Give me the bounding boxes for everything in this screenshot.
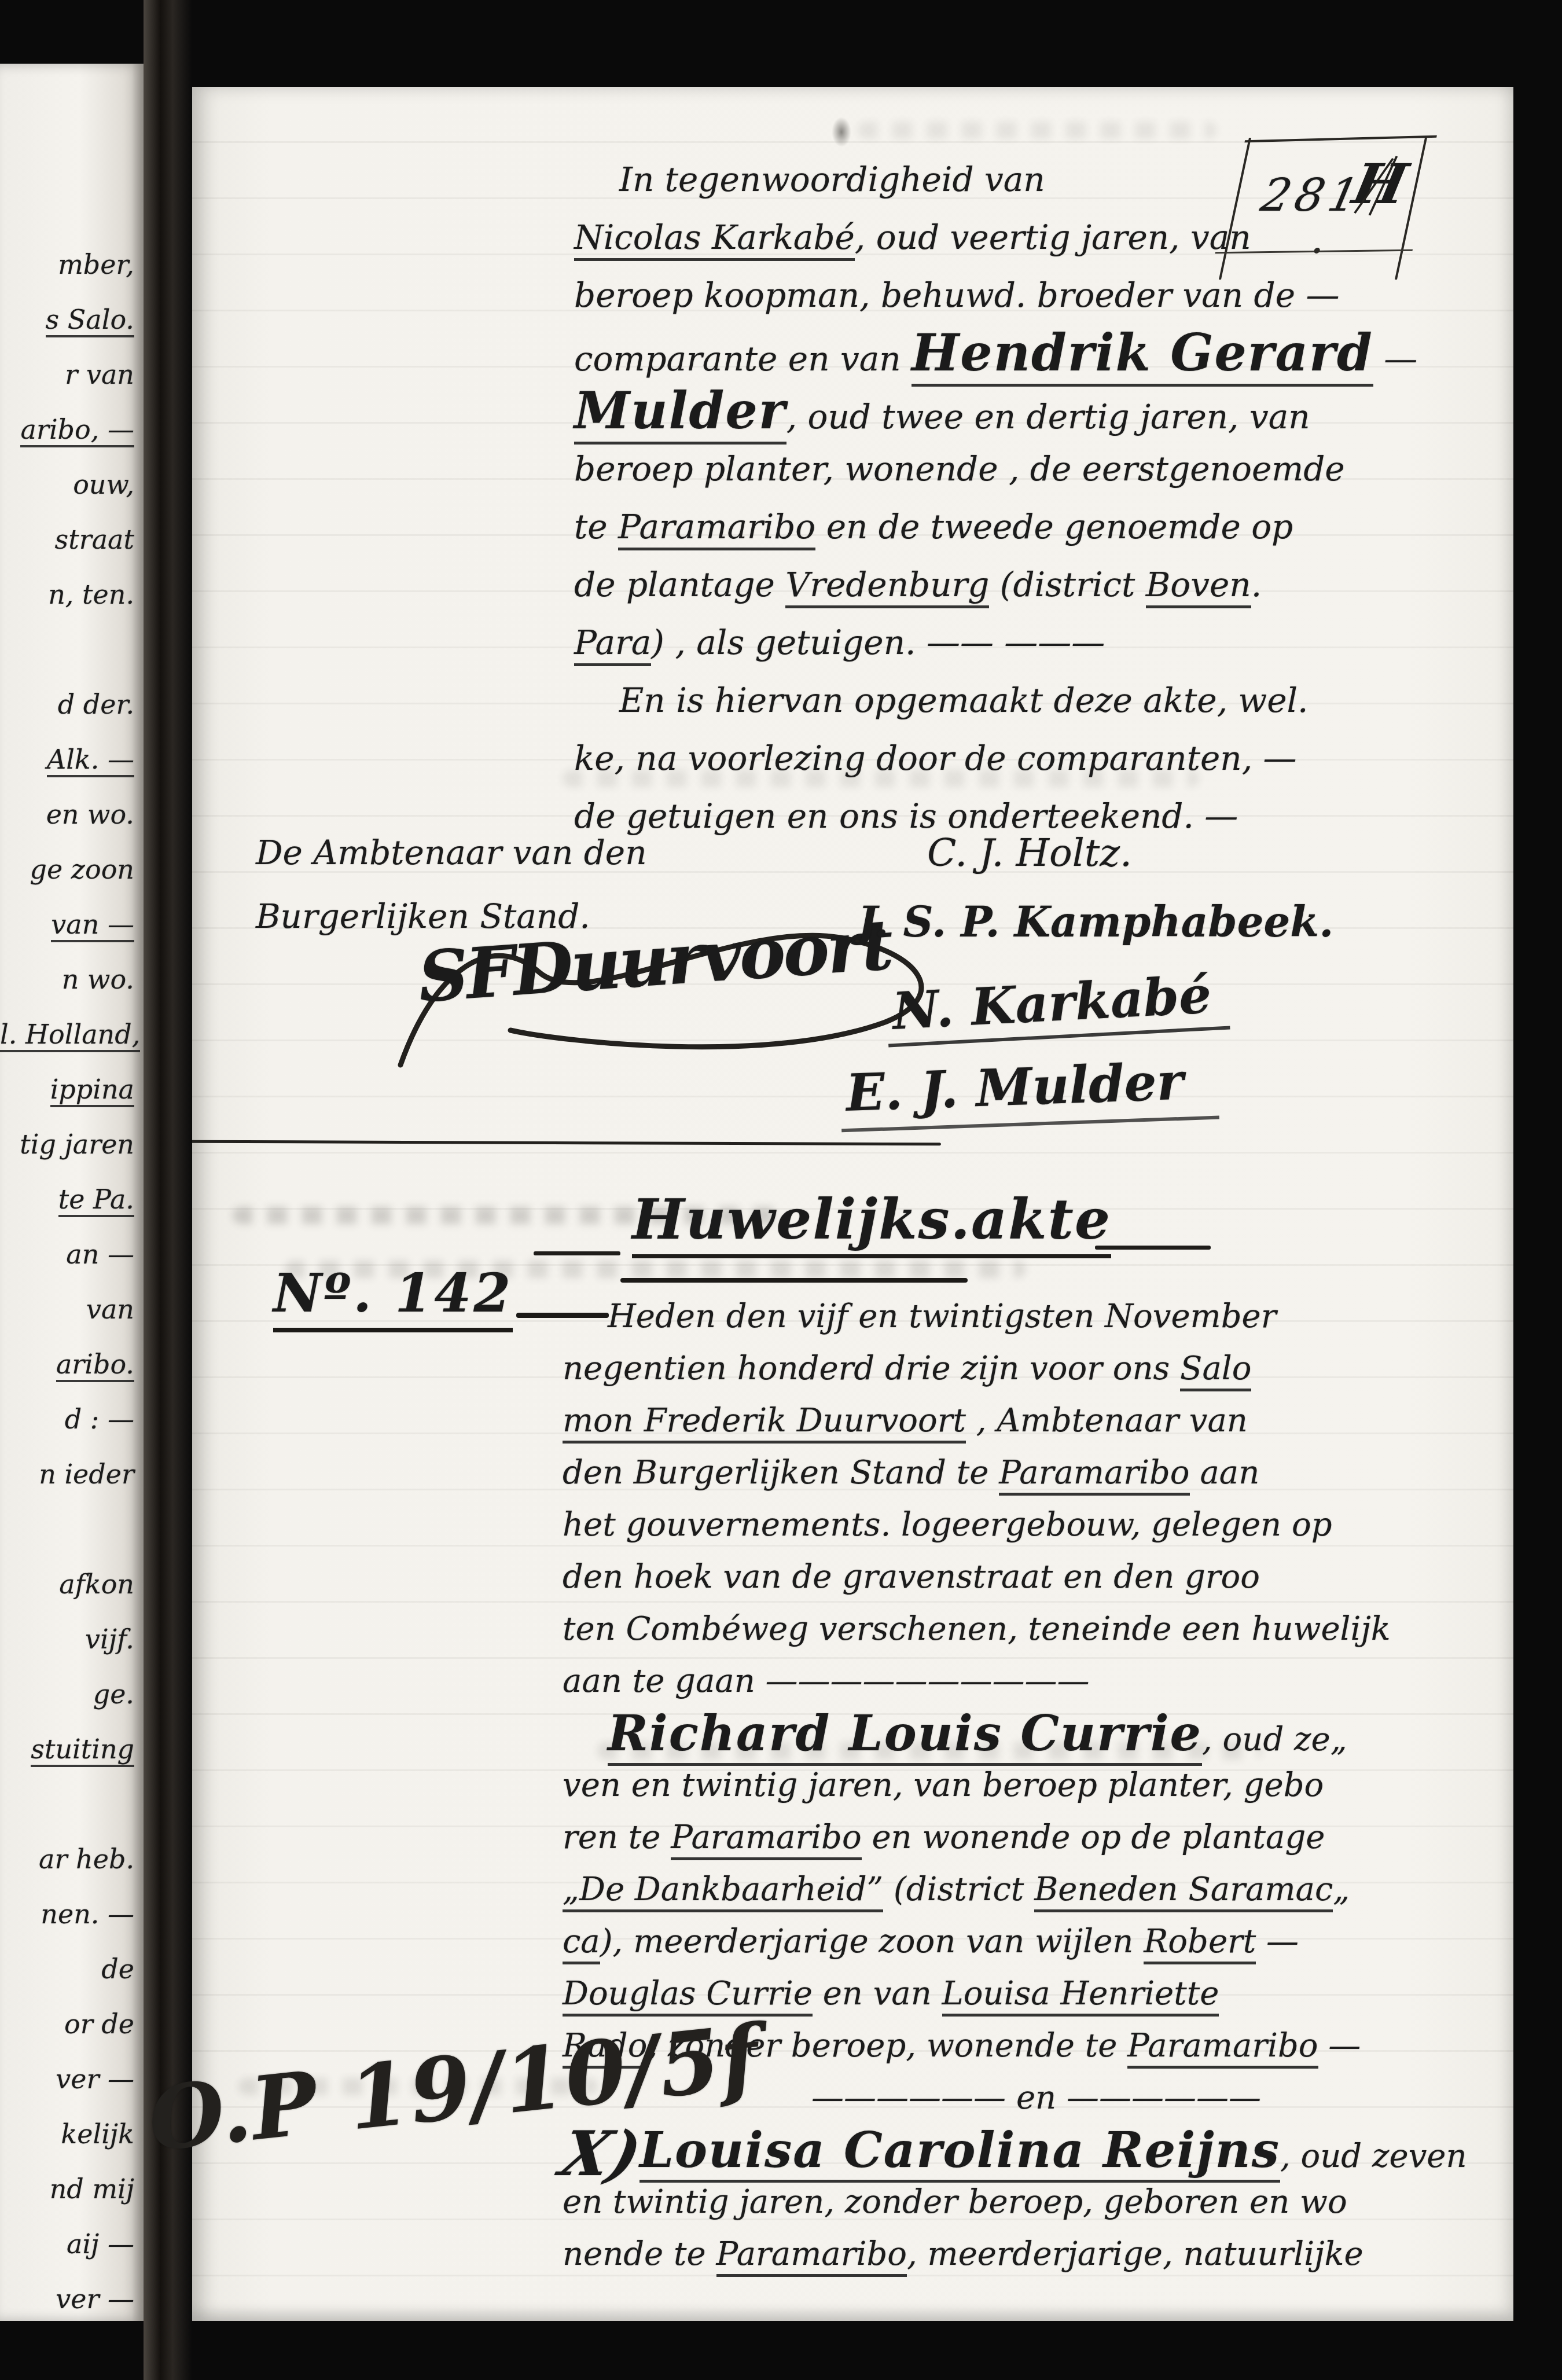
previous-page-fragment: or de: [0, 1997, 144, 2052]
previous-page-fragment: ge zoon: [0, 842, 144, 897]
signature-column: C. J. Holtz.J. S. P. Kamphabeek.N. Karka…: [817, 825, 1512, 1195]
previous-page-fragment: ar heb.: [0, 1832, 144, 1887]
fragment-text: aribo.: [56, 1349, 134, 1382]
handwritten-text: „: [1333, 1871, 1350, 1908]
handwritten-text: Louisa Carolina Reijns: [639, 2121, 1280, 2183]
handwritten-line: Para) , als getuigen. —— ———: [574, 614, 1508, 671]
handwritten-text: X): [556, 2128, 646, 2180]
handwritten-text: Nicolas Karkabé: [574, 218, 855, 261]
handwritten-line: Heden den vijf en twintigsten November: [563, 1291, 1510, 1343]
act-closing-text: In tegenwoordigheid vanNicolas Karkabé, …: [574, 150, 1508, 845]
fragment-text: n ieder: [39, 1459, 134, 1490]
previous-page-fragment: de: [0, 1942, 144, 1997]
handwritten-line: X) Louisa Carolina Reijns, oud zeven: [563, 2124, 1510, 2176]
handwritten-line: ca), meerderjarige zoon van wijlen Rober…: [563, 1916, 1510, 1968]
handwritten-text: .: [1251, 565, 1262, 604]
fragment-text: te Pa.: [58, 1184, 134, 1217]
handwritten-text: „De Dankbaarheid”: [563, 1871, 883, 1912]
handwritten-text: —: [1256, 1923, 1299, 1960]
heading-dash: [1095, 1246, 1211, 1250]
handwritten-text: Douglas Currie: [563, 1975, 813, 2017]
handwritten-line: den Burgerlijken Stand te Paramaribo aan: [563, 1447, 1510, 1499]
handwritten-line: te Paramaribo en de tweede genoemde op: [574, 498, 1508, 556]
handwritten-text: ven en twintig jaren, van beroep planter…: [563, 1766, 1324, 1804]
handwritten-text: , meerderjarige, natuurlijke: [907, 2235, 1363, 2273]
handwritten-text: —: [1318, 2027, 1361, 2065]
handwritten-line: „De Dankbaarheid” (district Beneden Sara…: [563, 1864, 1510, 1916]
fragment-text: de: [101, 1953, 134, 1985]
handwritten-text: nende te: [563, 2235, 716, 2273]
handwritten-text: te: [574, 507, 618, 546]
previous-page-fragment: afkon: [0, 1557, 144, 1612]
previous-page-fragment: aij —: [0, 2217, 144, 2272]
handwritten-line: en twintig jaren, zonder beroep, geboren…: [563, 2176, 1510, 2228]
previous-page-fragment: s Salo.: [0, 292, 144, 347]
handwritten-text: , Ambtenaar van: [966, 1402, 1248, 1439]
handwritten-line: Mulder, oud twee en dertig jaren, van: [574, 382, 1508, 440]
handwritten-text: Richard Louis Currie: [608, 1705, 1202, 1766]
previous-page-edge: mber,s Salo.r vanaribo, —ouw,straatn, te…: [0, 64, 144, 2321]
handwritten-text: Salo: [1180, 1350, 1251, 1391]
previous-page-fragment: ge.: [0, 1667, 144, 1722]
handwritten-line: het gouvernements. logeergebouw, gelegen…: [563, 1499, 1510, 1551]
fragment-text: n, ten.: [48, 579, 134, 610]
fragment-text: mber,: [58, 249, 134, 280]
fragment-text: aribo, —: [20, 414, 134, 447]
signature: E. J. Mulder: [839, 1050, 1219, 1133]
previous-page-fragment: te Pa.: [0, 1172, 144, 1227]
fragment-text: ouw,: [73, 469, 134, 500]
handwritten-text: den Burgerlijken Stand te: [563, 1454, 999, 1492]
fragment-text: ge zoon: [30, 854, 134, 885]
handwritten-text: het gouvernements. logeergebouw, gelegen…: [563, 1506, 1332, 1544]
previous-page-fragment: Alk. —: [0, 732, 144, 787]
previous-page-fragment: [0, 1502, 144, 1557]
handwritten-text: en van: [813, 1975, 942, 2012]
handwritten-text: ) , als getuigen. —— ———: [651, 623, 1105, 662]
previous-page-fragment: n, ten.: [0, 567, 144, 622]
heading-underline: [620, 1278, 968, 1283]
fragment-text: ver —: [56, 2283, 134, 2315]
handwritten-text: Beneden Saramac: [1034, 1871, 1333, 1912]
handwritten-text: en de tweede genoemde op: [815, 507, 1293, 546]
fragment-text: r van: [65, 359, 134, 390]
handwritten-line: de plantage Vredenburg (district Boven.: [574, 556, 1508, 614]
handwritten-text: —————— en ——————: [811, 2079, 1261, 2117]
handwritten-text: Paramaribo: [999, 1454, 1189, 1496]
previous-page-fragment: straat: [0, 512, 144, 567]
handwritten-line: ren te Paramaribo en wonende op de plant…: [563, 1812, 1510, 1864]
fragment-text: van —: [51, 909, 134, 942]
handwritten-text: , oud ze„: [1202, 1721, 1347, 1758]
handwritten-line: mon Frederik Duurvoort , Ambtenaar van: [563, 1395, 1510, 1447]
previous-page-fragment: van: [0, 1282, 144, 1337]
handwritten-line: beroep koopman, behuwd. broeder van de —: [574, 266, 1508, 324]
fragment-text: Alk. —: [47, 744, 134, 777]
handwritten-text: Paramaribo: [1127, 2027, 1318, 2069]
signature: J. S. P. Kamphabeek.: [858, 897, 1333, 946]
marriage-act-text: Heden den vijf en twintigsten Novemberne…: [563, 1291, 1510, 2280]
previous-page-fragment: stuiting: [0, 1722, 144, 1777]
previous-page-fragment: d : —: [0, 1392, 144, 1447]
previous-page-fragment: ver —: [0, 2272, 144, 2321]
handwritten-text: den hoek van de gravenstraat en den groo: [563, 1558, 1260, 1596]
fragment-text: van: [86, 1294, 134, 1325]
fragment-text: ver —: [56, 2063, 134, 2095]
handwritten-text: Robert: [1144, 1923, 1256, 1964]
handwritten-line: den hoek van de gravenstraat en den groo: [563, 1551, 1510, 1603]
fragment-text: kelijk: [61, 2118, 134, 2150]
fragment-text: stuiting: [31, 1733, 134, 1767]
fragment-text: nen. —: [41, 1898, 134, 1930]
previous-page-fragment: vijf.: [0, 1612, 144, 1667]
previous-page-fragment: ippina: [0, 1062, 144, 1117]
handwritten-text: ), meerderjarige zoon van wijlen: [600, 1923, 1144, 1960]
handwritten-text: Hendrik Gerard: [912, 323, 1373, 387]
register-page: 281 H In tegenwoordigheid vanNicolas Kar…: [192, 87, 1513, 2321]
fragment-text: afkon: [59, 1569, 134, 1600]
handwritten-text: —: [1373, 339, 1417, 379]
fragment-text: ge.: [93, 1679, 134, 1710]
handwritten-text: En is hiervan opgemaakt deze akte, wel.: [619, 681, 1308, 720]
handwritten-text: aan: [1190, 1454, 1260, 1492]
handwritten-line: aan te gaan ——————————: [563, 1655, 1510, 1707]
officiant-line: De Ambtenaar van den: [256, 821, 892, 884]
handwritten-text: negentien honderd drie zijn voor ons: [563, 1350, 1180, 1387]
handwritten-text: In tegenwoordigheid van: [619, 160, 1045, 199]
fragment-text: ippina: [50, 1074, 134, 1107]
handwritten-text: ca: [563, 1923, 600, 1964]
handwritten-text: (district: [883, 1871, 1034, 1908]
previous-page-fragment: [0, 622, 144, 677]
ink-smudge: [832, 117, 851, 147]
handwritten-line: ven en twintig jaren, van beroep planter…: [563, 1760, 1510, 1812]
previous-page-fragment: an —: [0, 1227, 144, 1282]
handwritten-text: aan te gaan ——————————: [563, 1662, 1090, 1700]
handwritten-text: Heden den vijf en twintigsten November: [608, 1298, 1276, 1335]
handwritten-line: negentien honderd drie zijn voor ons Sal…: [563, 1343, 1510, 1395]
handwritten-text: Louisa Henriette: [942, 1975, 1219, 2017]
fragment-text: nd mij: [50, 2173, 134, 2205]
previous-page-fragment: en wo.: [0, 787, 144, 842]
fragment-text: or de: [64, 2008, 134, 2040]
handwritten-text: Boven: [1146, 565, 1251, 608]
previous-page-fragment: d der.: [0, 677, 144, 732]
handwritten-line: Richard Louis Currie, oud ze„: [563, 1707, 1510, 1760]
previous-page-fragment: ouw,: [0, 457, 144, 512]
bleed-through-text: [858, 122, 1216, 139]
previous-page-fragment: van —: [0, 897, 144, 952]
fragment-text: en wo.: [46, 799, 134, 830]
handwritten-text: comparante en van: [574, 339, 912, 379]
previous-page-fragment: r van: [0, 347, 144, 402]
fragment-text: ar heb.: [39, 1843, 134, 1875]
handwritten-text: Paramaribo: [716, 2235, 907, 2277]
fragment-text: vijf.: [85, 1624, 134, 1655]
handwritten-text: (district: [989, 565, 1145, 604]
previous-page-fragment: aribo.: [0, 1337, 144, 1392]
handwritten-line: En is hiervan opgemaakt deze akte, wel.: [574, 671, 1508, 729]
fragment-text: d der.: [58, 689, 134, 720]
document-scan: mber,s Salo.r vanaribo, —ouw,straatn, te…: [0, 0, 1562, 2380]
previous-page-fragment: n ieder: [0, 1447, 144, 1502]
previous-page-fragment: aribo, —: [0, 402, 144, 457]
handwritten-line: ten Combéweg verschenen, teneinde een hu…: [563, 1603, 1510, 1655]
handwritten-text: mon Frederik Duurvoort: [563, 1402, 966, 1444]
previous-page-fragment: n wo.: [0, 952, 144, 1007]
page-gutter: [144, 0, 192, 2380]
previous-page-fragment: mber,: [0, 237, 144, 292]
handwritten-line: ke, na voorlezing door de comparanten, —: [574, 729, 1508, 787]
previous-page-text-fragments: mber,s Salo.r vanaribo, —ouw,straatn, te…: [0, 237, 144, 2321]
handwritten-text: Vredenburg: [785, 565, 989, 608]
handwritten-text: , oud veertig jaren, van: [855, 218, 1251, 257]
fragment-text: aij —: [67, 2228, 134, 2260]
handwritten-text: , oud twee en dertig jaren, van: [786, 397, 1310, 436]
fragment-text: an —: [66, 1239, 134, 1270]
fragment-text: l. Holland,: [0, 1019, 140, 1052]
fragment-text: straat: [55, 524, 134, 555]
handwritten-text: en twintig jaren, zonder beroep, geboren…: [563, 2183, 1347, 2221]
box-top-line: [1244, 135, 1436, 143]
handwritten-line: In tegenwoordigheid van: [574, 150, 1508, 208]
handwritten-line: Nicolas Karkabé, oud veertig jaren, van: [574, 208, 1508, 266]
handwritten-text: Paramaribo: [618, 507, 815, 550]
previous-page-fragment: [0, 1777, 144, 1832]
fragment-text: d : —: [65, 1404, 134, 1435]
handwritten-text: ren te: [563, 1819, 671, 1856]
previous-page-fragment: nd mij: [0, 2162, 144, 2217]
previous-page-fragment: tig jaren: [0, 1117, 144, 1172]
signature: C. J. Holtz.: [927, 831, 1132, 875]
previous-page-fragment: kelijk: [0, 2107, 144, 2162]
handwritten-line: nende te Paramaribo, meerderjarige, natu…: [563, 2228, 1510, 2280]
signature: N. Karkabé: [885, 964, 1230, 1048]
handwritten-text: , oud zeven: [1280, 2137, 1467, 2175]
previous-page-fragment: ver —: [0, 2052, 144, 2107]
handwritten-text: Para: [574, 623, 651, 666]
fragment-text: s Salo.: [46, 304, 134, 337]
act-heading: Huwelijks.akte: [632, 1187, 1111, 1258]
previous-page-fragment: l. Holland,: [0, 1007, 144, 1062]
handwritten-line: comparante en van Hendrik Gerard —: [574, 324, 1508, 382]
handwritten-text: Paramaribo: [671, 1819, 861, 1860]
handwritten-text: beroep koopman, behuwd. broeder van de —: [574, 276, 1339, 315]
handwritten-text: en wonende op de plantage: [862, 1819, 1325, 1856]
heading-dash: [534, 1251, 620, 1255]
handwritten-text: ten Combéweg verschenen, teneinde een hu…: [563, 1610, 1391, 1648]
previous-page-fragment: nen. —: [0, 1887, 144, 1942]
fragment-text: n wo.: [62, 964, 134, 995]
act-number: Nº. 142: [273, 1262, 513, 1332]
handwritten-text: ke, na voorlezing door de comparanten, —: [574, 739, 1297, 778]
fragment-text: tig jaren: [20, 1129, 134, 1160]
handwritten-text: de plantage: [574, 565, 785, 604]
handwritten-text: beroep planter, wonende , de eerstgenoem…: [574, 449, 1345, 489]
handwritten-text: Mulder: [574, 381, 786, 445]
handwritten-line: beroep planter, wonende , de eerstgenoem…: [574, 440, 1508, 498]
